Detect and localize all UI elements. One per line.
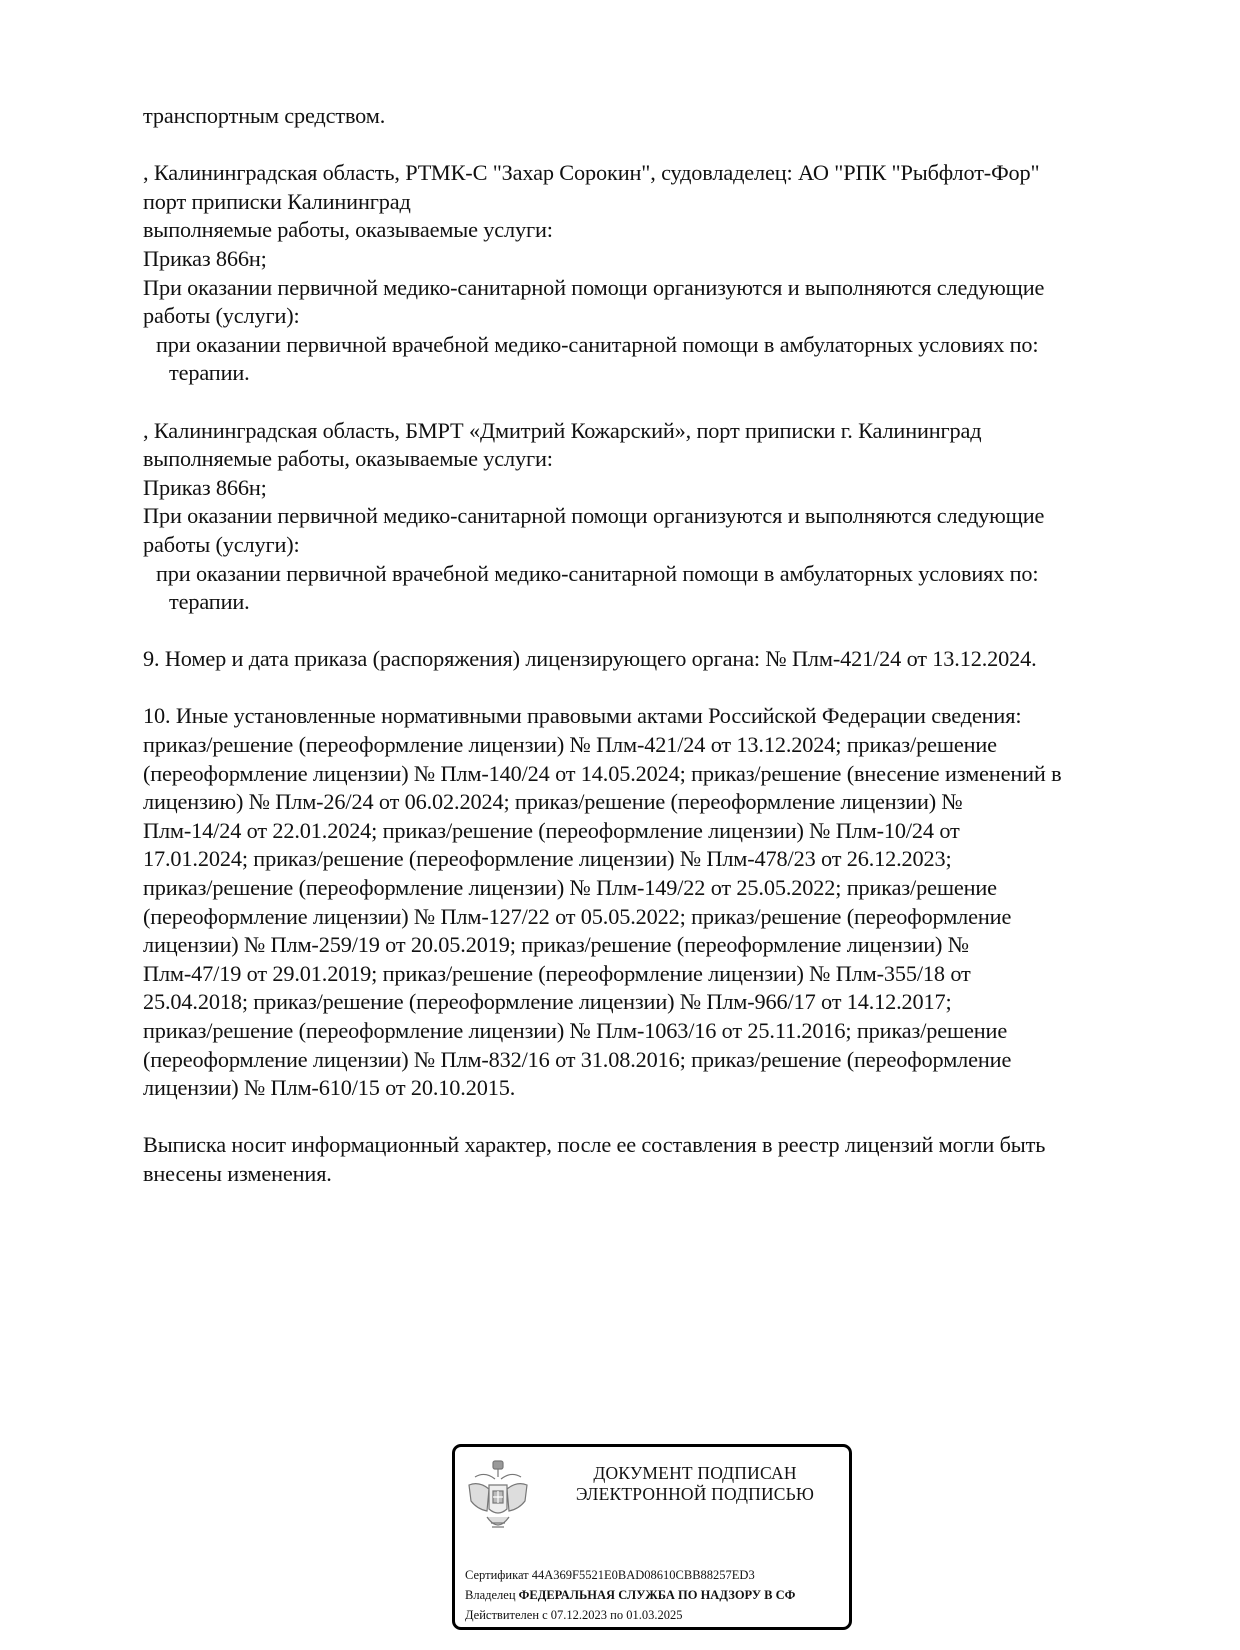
- sub-sub-item: терапии.: [143, 588, 1163, 617]
- section-10-line: 10. Иные установленные нормативными прав…: [143, 702, 1163, 731]
- section-9: 9. Номер и дата приказа (распоряжения) л…: [143, 645, 1163, 674]
- services-label: выполняемые работы, оказываемые услуги:: [143, 445, 1163, 474]
- section-10-line: 17.01.2024; приказ/решение (переоформлен…: [143, 845, 1163, 874]
- certificate-value: 44A369F5521E0BAD08610CBB88257ED3: [532, 1568, 755, 1582]
- disclaimer-line: Выписка носит информационный характер, п…: [143, 1131, 1163, 1160]
- section-10: 10. Иные установленные нормативными прав…: [143, 702, 1163, 1102]
- section-10-line: Плм-47/19 от 29.01.2019; приказ/решение …: [143, 960, 1163, 989]
- section-10-line: приказ/решение (переоформление лицензии)…: [143, 1017, 1163, 1046]
- vessel-block-2: , Калининградская область, БМРТ «Дмитрий…: [143, 417, 1163, 617]
- section-10-line: (переоформление лицензии) № Плм-127/22 о…: [143, 903, 1163, 932]
- sub-item: при оказании первичной врачебной медико-…: [143, 331, 1163, 360]
- stamp-title-line: ЭЛЕКТРОННОЙ ПОДПИСЬЮ: [555, 1484, 835, 1505]
- owner-label: Владелец: [465, 1588, 516, 1602]
- section-10-line: Плм-14/24 от 22.01.2024; приказ/решение …: [143, 817, 1163, 846]
- vessel-address: , Калининградская область, РТМК-С "Захар…: [143, 159, 1163, 188]
- vessel-address: , Калининградская область, БМРТ «Дмитрий…: [143, 417, 1163, 446]
- order-ref: Приказ 866н;: [143, 245, 1163, 274]
- section-10-line: лицензии) № Плм-610/15 от 20.10.2015.: [143, 1074, 1163, 1103]
- order-ref: Приказ 866н;: [143, 474, 1163, 503]
- provision-text: При оказании первичной медико-санитарной…: [143, 274, 1163, 303]
- sub-item: при оказании первичной врачебной медико-…: [143, 560, 1163, 589]
- provision-text: При оказании первичной медико-санитарной…: [143, 502, 1163, 531]
- validity-line: Действителен с 07.12.2023 по 01.03.2025: [465, 1605, 795, 1625]
- section-10-line: лицензии) № Плм-259/19 от 20.05.2019; пр…: [143, 931, 1163, 960]
- stamp-title: ДОКУМЕНТ ПОДПИСАН ЭЛЕКТРОННОЙ ПОДПИСЬЮ: [555, 1463, 835, 1505]
- provision-text: работы (услуги):: [143, 302, 1163, 331]
- disclaimer-line: внесены изменения.: [143, 1160, 1163, 1189]
- continuation-text: транспортным средством.: [143, 102, 1163, 131]
- owner-value: ФЕДЕРАЛЬНАЯ СЛУЖБА ПО НАДЗОРУ В СФ: [519, 1588, 796, 1602]
- services-label: выполняемые работы, оказываемые услуги:: [143, 216, 1163, 245]
- provision-text: работы (услуги):: [143, 531, 1163, 560]
- section-10-line: лицензию) № Плм-26/24 от 06.02.2024; при…: [143, 788, 1163, 817]
- section-10-line: (переоформление лицензии) № Плм-832/16 о…: [143, 1046, 1163, 1075]
- sub-sub-item: терапии.: [143, 359, 1163, 388]
- vessel-block-1: , Калининградская область, РТМК-С "Захар…: [143, 159, 1163, 388]
- section-10-line: (переоформление лицензии) № Плм-140/24 о…: [143, 760, 1163, 789]
- section-10-line: приказ/решение (переоформление лицензии)…: [143, 874, 1163, 903]
- stamp-title-line: ДОКУМЕНТ ПОДПИСАН: [555, 1463, 835, 1484]
- electronic-signature-stamp: ДОКУМЕНТ ПОДПИСАН ЭЛЕКТРОННОЙ ПОДПИСЬЮ С…: [452, 1444, 852, 1630]
- certificate-line: Сертификат 44A369F5521E0BAD08610CBB88257…: [465, 1565, 795, 1585]
- owner-line: Владелец ФЕДЕРАЛЬНАЯ СЛУЖБА ПО НАДЗОРУ В…: [465, 1585, 795, 1605]
- section-10-line: 25.04.2018; приказ/решение (переоформлен…: [143, 988, 1163, 1017]
- certificate-label: Сертификат: [465, 1568, 529, 1582]
- russian-coat-of-arms-icon: [465, 1459, 531, 1539]
- stamp-details: Сертификат 44A369F5521E0BAD08610CBB88257…: [465, 1565, 795, 1625]
- vessel-address: порт приписки Калининград: [143, 188, 1163, 217]
- document-body: транспортным средством. , Калининградска…: [143, 102, 1163, 1189]
- disclaimer: Выписка носит информационный характер, п…: [143, 1131, 1163, 1188]
- section-10-line: приказ/решение (переоформление лицензии)…: [143, 731, 1163, 760]
